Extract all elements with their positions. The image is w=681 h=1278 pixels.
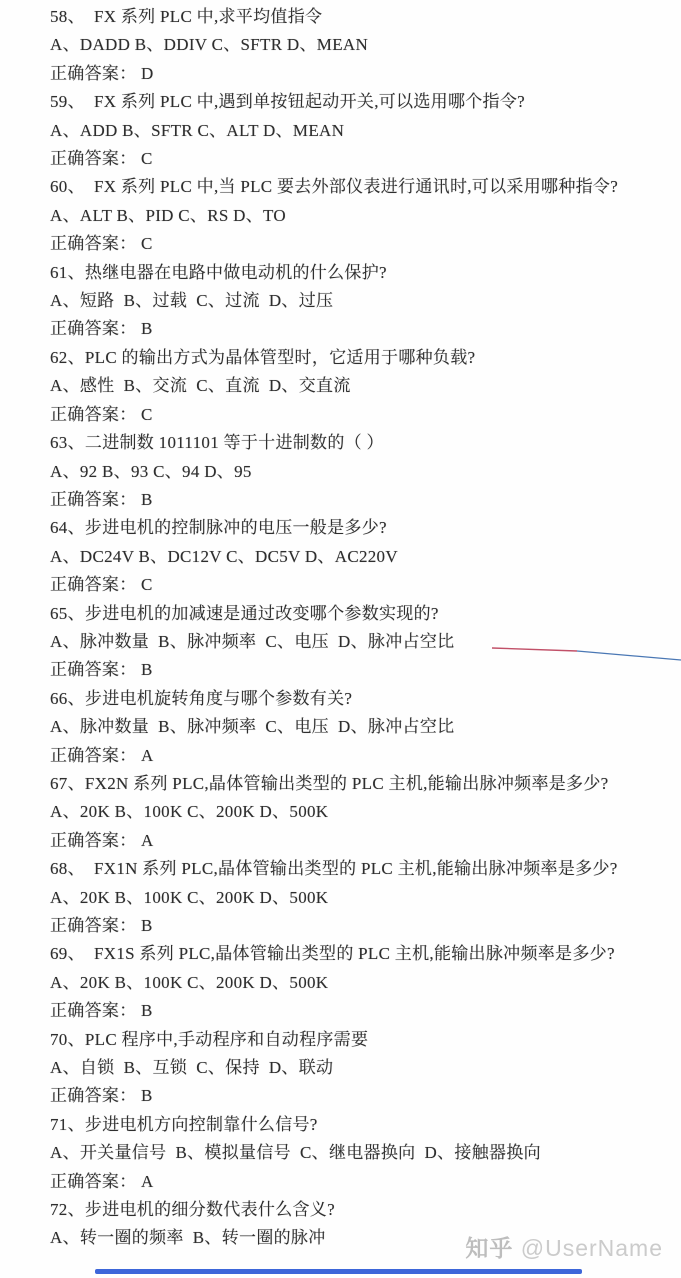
question-text: 71、步进电机方向控制靠什么信号? — [50, 1111, 667, 1139]
options-text: A、DADD B、DDIV C、SFTR D、MEAN — [50, 31, 667, 59]
answer-text: 正确答案： C — [50, 145, 667, 173]
question-block: 67、FX2N 系列 PLC,晶体管输出类型的 PLC 主机,能输出脉冲频率是多… — [50, 770, 667, 855]
answer-text: 正确答案： A — [50, 827, 667, 855]
answer-text: 正确答案： C — [50, 401, 667, 429]
options-text: A、20K B、100K C、200K D、500K — [50, 798, 667, 826]
answer-text: 正确答案： B — [50, 486, 667, 514]
options-text: A、脉冲数量 B、脉冲频率 C、电压 D、脉冲占空比 — [50, 713, 667, 741]
question-block: 64、步进电机的控制脉冲的电压一般是多少? A、DC24V B、DC12V C、… — [50, 514, 667, 599]
options-text: A、DC24V B、DC12V C、DC5V D、AC220V — [50, 543, 667, 571]
options-text: A、20K B、100K C、200K D、500K — [50, 884, 667, 912]
watermark-username: @UserName — [521, 1235, 663, 1261]
options-text: A、感性 B、交流 C、直流 D、交直流 — [50, 372, 667, 400]
options-text: A、短路 B、过载 C、过流 D、过压 — [50, 287, 667, 315]
options-text: A、自锁 B、互锁 C、保持 D、联动 — [50, 1054, 667, 1082]
question-block: 69、 FX1S 系列 PLC,晶体管输出类型的 PLC 主机,能输出脉冲频率是… — [50, 940, 667, 1025]
horizontal-scrollbar-thumb[interactable] — [95, 1269, 582, 1274]
question-text: 59、 FX 系列 PLC 中,遇到单按钮起动开关,可以选用哪个指令? — [50, 88, 667, 116]
document-page: 58、 FX 系列 PLC 中,求平均值指令 A、DADD B、DDIV C、S… — [0, 0, 681, 1278]
options-text: A、ALT B、PID C、RS D、TO — [50, 202, 667, 230]
question-text: 60、 FX 系列 PLC 中,当 PLC 要去外部仪表进行通讯时,可以采用哪种… — [50, 173, 667, 201]
answer-text: 正确答案： B — [50, 912, 667, 940]
question-block: 71、步进电机方向控制靠什么信号? A、开关量信号 B、模拟量信号 C、继电器换… — [50, 1111, 667, 1196]
question-block: 66、步进电机旋转角度与哪个参数有关? A、脉冲数量 B、脉冲频率 C、电压 D… — [50, 685, 667, 770]
question-block: 62、PLC 的输出方式为晶体管型时，它适用于哪种负载? A、感性 B、交流 C… — [50, 344, 667, 429]
question-text: 67、FX2N 系列 PLC,晶体管输出类型的 PLC 主机,能输出脉冲频率是多… — [50, 770, 667, 798]
question-block: 63、二进制数 1011101 等于十进制数的（ ） A、92 B、93 C、9… — [50, 429, 667, 514]
options-text: A、开关量信号 B、模拟量信号 C、继电器换向 D、接触器换向 — [50, 1139, 667, 1167]
answer-text: 正确答案： C — [50, 571, 667, 599]
question-block: 68、 FX1N 系列 PLC,晶体管输出类型的 PLC 主机,能输出脉冲频率是… — [50, 855, 667, 940]
question-block: 70、PLC 程序中,手动程序和自动程序需要 A、自锁 B、互锁 C、保持 D、… — [50, 1026, 667, 1111]
options-text: A、92 B、93 C、94 D、95 — [50, 458, 667, 486]
answer-text: 正确答案： A — [50, 1168, 667, 1196]
annotation-line — [486, 641, 681, 665]
watermark: 知乎 @UserName — [465, 1230, 663, 1263]
answer-text: 正确答案： B — [50, 1082, 667, 1110]
answer-text: 正确答案： B — [50, 315, 667, 343]
question-text: 68、 FX1N 系列 PLC,晶体管输出类型的 PLC 主机,能输出脉冲频率是… — [50, 855, 667, 883]
zhihu-logo-text: 知乎 — [465, 1235, 513, 1261]
answer-text: 正确答案： D — [50, 60, 667, 88]
question-text: 64、步进电机的控制脉冲的电压一般是多少? — [50, 514, 667, 542]
question-block: 60、 FX 系列 PLC 中,当 PLC 要去外部仪表进行通讯时,可以采用哪种… — [50, 173, 667, 258]
question-text: 61、热继电器在电路中做电动机的什么保护? — [50, 259, 667, 287]
question-block: 58、 FX 系列 PLC 中,求平均值指令 A、DADD B、DDIV C、S… — [50, 3, 667, 88]
question-text: 63、二进制数 1011101 等于十进制数的（ ） — [50, 429, 667, 457]
options-text: A、ADD B、SFTR C、ALT D、MEAN — [50, 117, 667, 145]
question-text: 62、PLC 的输出方式为晶体管型时，它适用于哪种负载? — [50, 344, 667, 372]
options-text: A、20K B、100K C、200K D、500K — [50, 969, 667, 997]
answer-text: 正确答案： C — [50, 230, 667, 258]
question-list: 58、 FX 系列 PLC 中,求平均值指令 A、DADD B、DDIV C、S… — [0, 3, 681, 1253]
question-block: 59、 FX 系列 PLC 中,遇到单按钮起动开关,可以选用哪个指令? A、AD… — [50, 88, 667, 173]
answer-text: 正确答案： A — [50, 742, 667, 770]
annotation-red-segment — [492, 648, 577, 651]
annotation-blue-segment — [577, 651, 681, 660]
answer-text: 正确答案： B — [50, 997, 667, 1025]
question-text: 72、步进电机的细分数代表什么含义? — [50, 1196, 667, 1224]
question-text: 70、PLC 程序中,手动程序和自动程序需要 — [50, 1026, 667, 1054]
question-text: 66、步进电机旋转角度与哪个参数有关? — [50, 685, 667, 713]
question-text: 65、步进电机的加减速是通过改变哪个参数实现的? — [50, 600, 667, 628]
question-block: 61、热继电器在电路中做电动机的什么保护? A、短路 B、过载 C、过流 D、过… — [50, 259, 667, 344]
question-text: 69、 FX1S 系列 PLC,晶体管输出类型的 PLC 主机,能输出脉冲频率是… — [50, 940, 667, 968]
question-text: 58、 FX 系列 PLC 中,求平均值指令 — [50, 3, 667, 31]
